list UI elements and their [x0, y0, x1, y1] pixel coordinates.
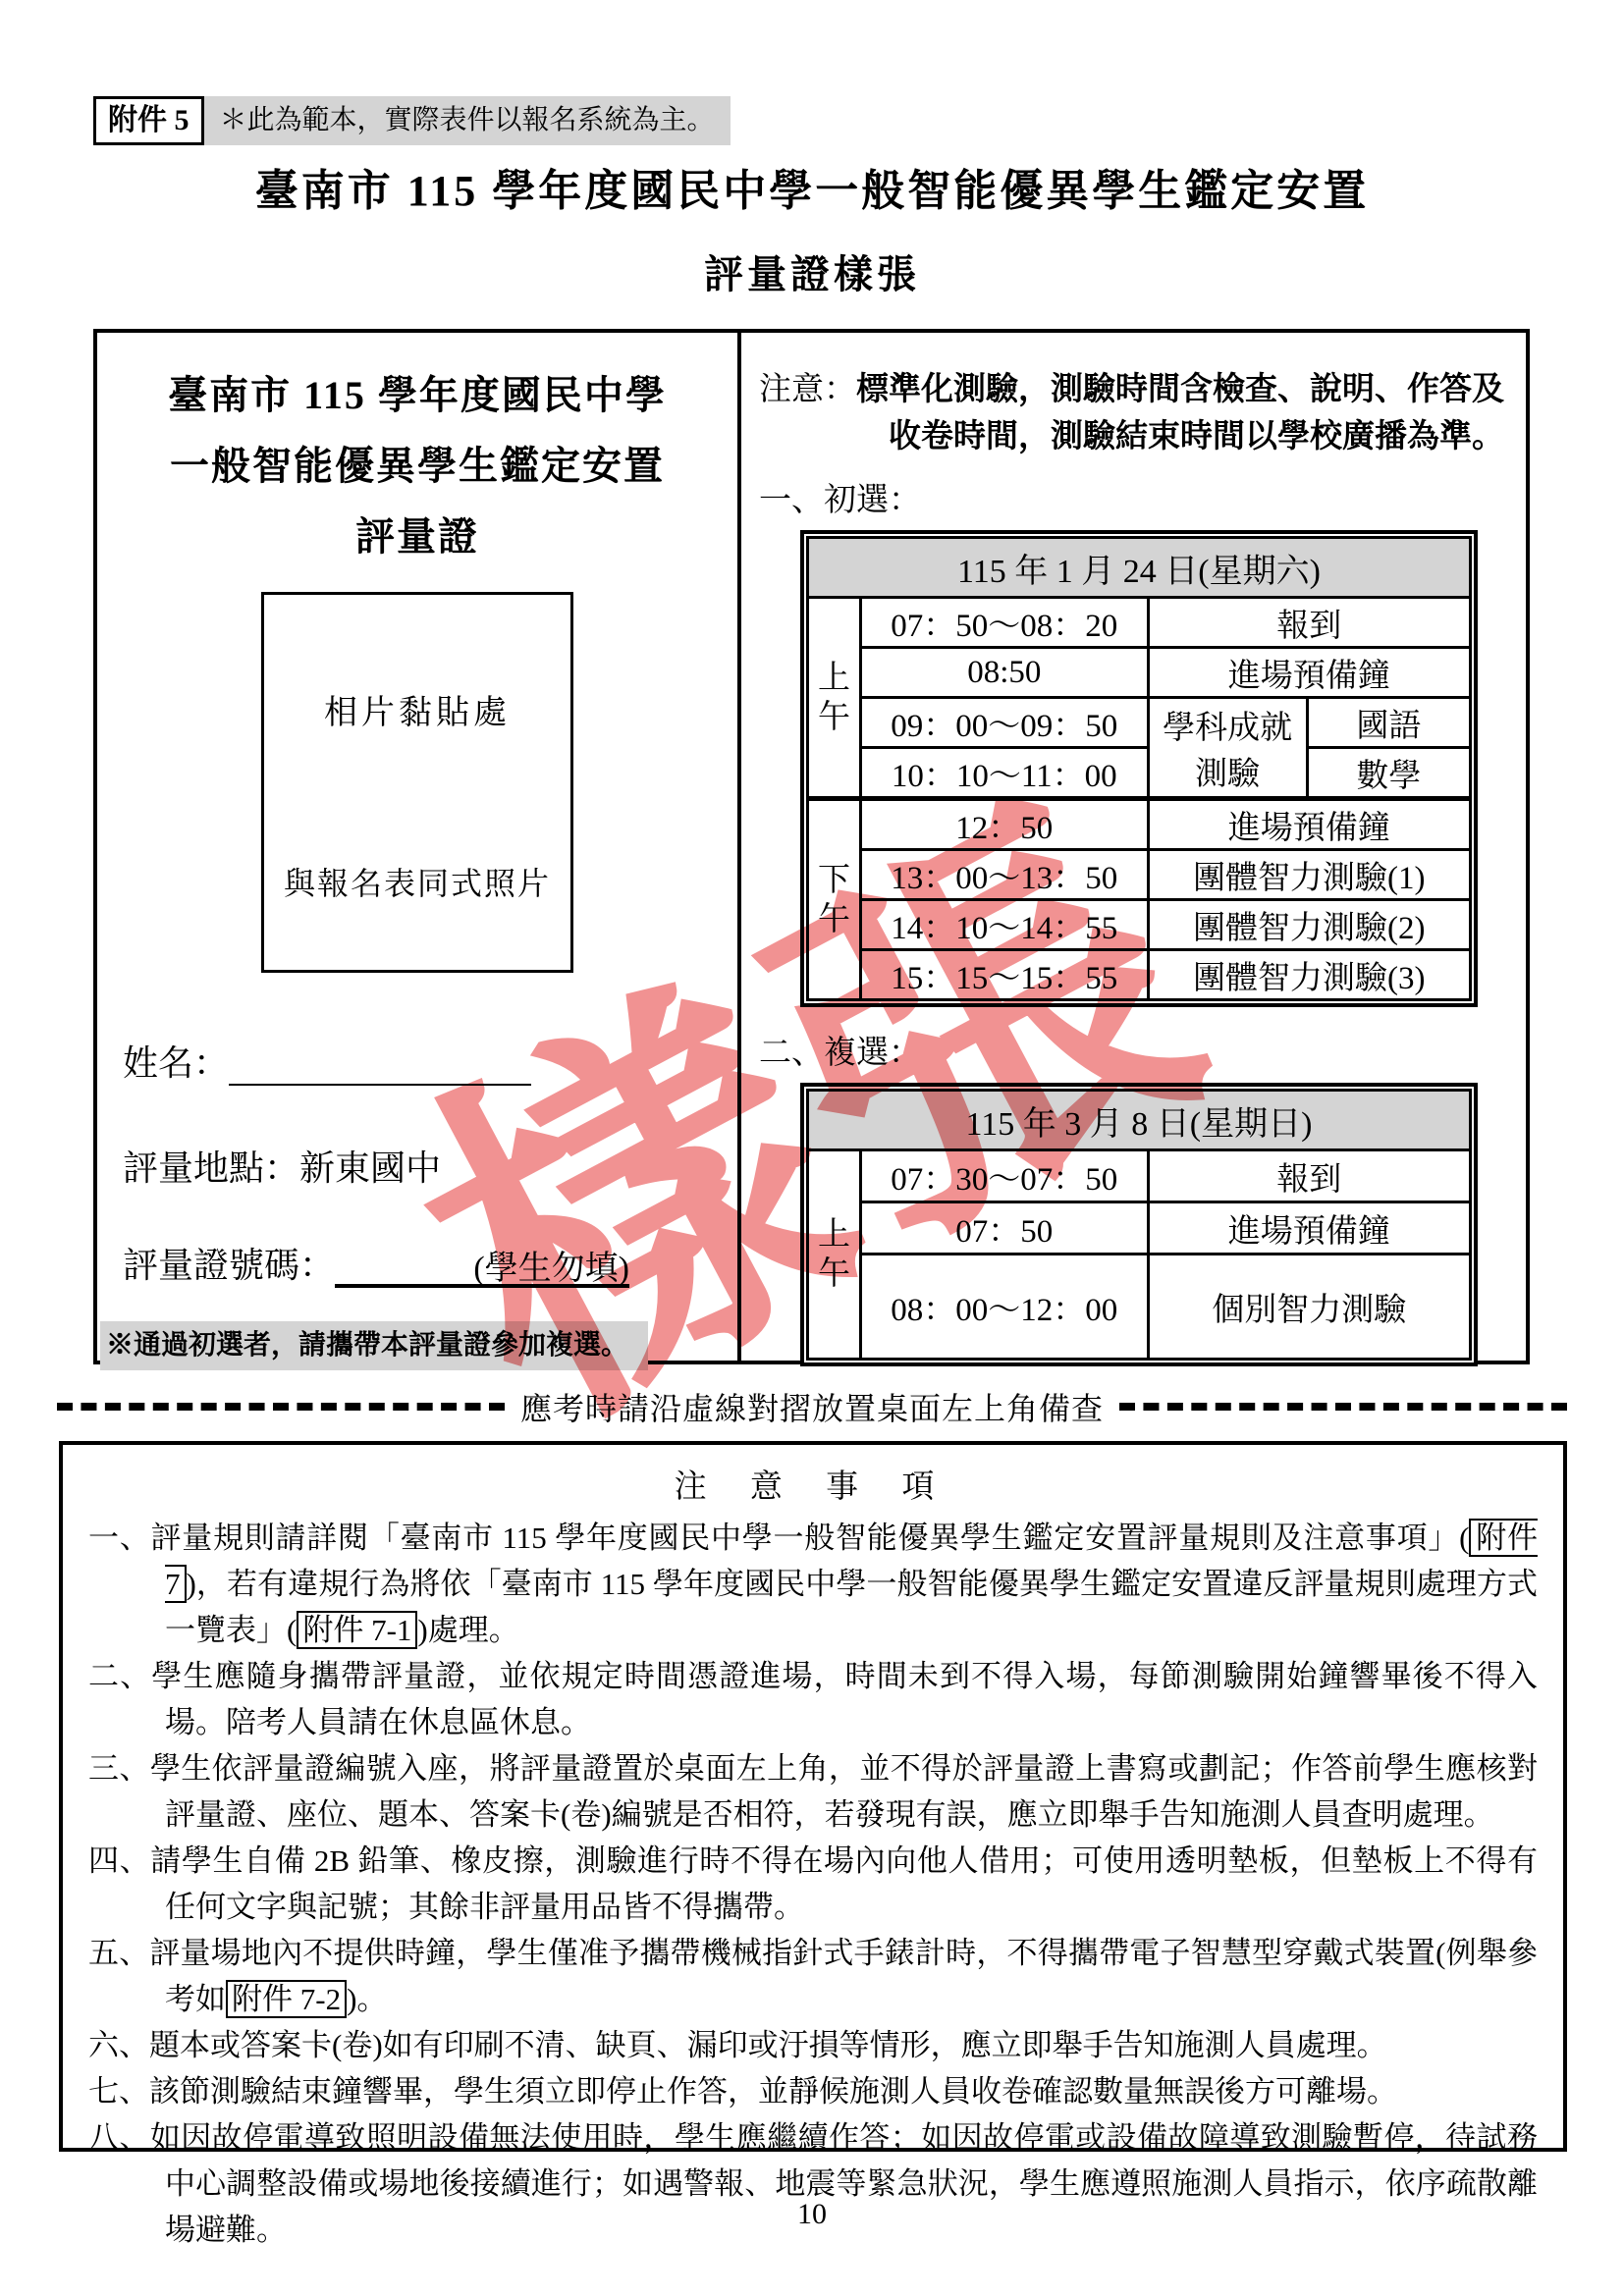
card-left-column: 臺南市 115 學年度國民中學 一般智能優異學生鑑定安置 評量證 相片黏貼處 與… [97, 333, 741, 1361]
note-item-2: 二、學生應隨身攜帶評量證，並依規定時間憑證進場，時間未到不得入場，每節測驗開始鐘… [88, 1653, 1538, 1745]
table2-activity-cell: 個別智力測驗 [1148, 1255, 1471, 1360]
page-number: 10 [0, 2198, 1624, 2231]
fold-instruction-text: 應考時請沿虛線對摺放置桌面左上角備查 [505, 1384, 1119, 1429]
table2-time-cell: 07：50 [861, 1202, 1148, 1255]
pass-reminder-strip: ※通過初選者，請攜帶本評量證參加複選。 [100, 1321, 648, 1370]
note-item-7: 七、該節測驗結束鐘響畢，學生須立即停止作答，並靜候施測人員收卷確認數量無誤後方可… [88, 2068, 1538, 2114]
photo-paste-label: 相片黏貼處 [264, 685, 570, 733]
attachment-label: 附件 5 [93, 96, 204, 145]
table2-morning-label: 上午 [808, 1150, 861, 1360]
section-label-first-round: 一、初選： [759, 474, 1504, 520]
table1-afternoon-label: 下午 [808, 799, 861, 1000]
location-label: 評量地點：新東國中 [123, 1148, 441, 1188]
first-round-schedule-table: 115 年 1 月 24 日(星期六) 上午 07：50～08：20 報到 08… [800, 530, 1478, 1007]
dashed-line-left [57, 1403, 505, 1411]
card-right-column: 注意：標準化測驗，測驗時間含檢查、說明、作答及 收卷時間，測驗結束時間以學校廣播… [741, 333, 1526, 1361]
table1-time-cell: 07：50～08：20 [861, 598, 1148, 648]
table1-time-cell: 09：00～09：50 [861, 698, 1148, 748]
note-item-3: 三、學生依評量證編號入座，將評量證置於桌面左上角，並不得於評量證上書寫或劃記；作… [88, 1745, 1538, 1838]
table2-activity-cell: 報到 [1148, 1150, 1471, 1202]
card-title-line3: 評量證 [123, 502, 712, 572]
table-row: 07：50 進場預備鐘 [808, 1202, 1471, 1255]
note-item-8: 八、如因故停電導致照明設備無法使用時，學生應繼續作答；如因故停電或設備故障導致測… [88, 2114, 1538, 2253]
table1-activity-cell: 報到 [1148, 598, 1471, 648]
attachment-7-2-ref: 附件 7-2 [226, 1980, 347, 2018]
table1-activity-cell: 團體智力測驗(2) [1148, 900, 1471, 950]
table2-date-header: 115 年 3 月 8 日(星期日) [808, 1091, 1471, 1150]
cert-number-blank-line: (學生勿填) [335, 1241, 629, 1288]
table1-activity-cell: 團體智力測驗(3) [1148, 950, 1471, 1000]
table1-activity-cell: 進場預備鐘 [1148, 648, 1471, 698]
table1-time-cell: 13：00～13：50 [861, 850, 1148, 900]
table1-date-header: 115 年 1 月 24 日(星期六) [808, 538, 1471, 598]
table-row: 上午 07：30～07：50 報到 [808, 1150, 1471, 1202]
card-title-line1: 臺南市 115 學年度國民中學 [123, 360, 712, 431]
name-label: 姓名： [123, 1036, 229, 1086]
note-item-1: 一、評量規則請詳閱「臺南市 115 學年度國民中學一般智能優異學生鑑定安置評量規… [88, 1515, 1538, 1653]
section-label-second-round: 二、複選： [759, 1027, 1504, 1073]
name-field-row: 姓名： [123, 1036, 712, 1086]
table-row: 14：10～14：55 團體智力測驗(2) [808, 900, 1471, 950]
card-title-line2: 一般智能優異學生鑑定安置 [123, 431, 712, 502]
note-item-5: 五、評量場地內不提供時鐘，學生僅准予攜帶機械指針式手錶計時，不得攜帶電子智慧型穿… [88, 1930, 1538, 2022]
table-row: 下午 12：50 進場預備鐘 [808, 799, 1471, 850]
table1-time-cell: 14：10～14：55 [861, 900, 1148, 950]
name-blank-line [229, 1042, 531, 1086]
notice-line2: 收卷時間，測驗結束時間以學校廣播為準。 [759, 413, 1504, 460]
notice-line1: 注意：標準化測驗，測驗時間含檢查、說明、作答及 [759, 366, 1504, 413]
attachment-7-1-ref: 附件 7-1 [297, 1611, 417, 1649]
table1-morning-label: 上午 [808, 598, 861, 799]
cert-number-field-row: 評量證號碼： (學生勿填) [123, 1238, 712, 1288]
table1-subject-cell: 國語 [1307, 698, 1470, 748]
table-row: 09：00～09：50 學科成就測驗 國語 [808, 698, 1471, 748]
table-row: 08：00～12：00 個別智力測驗 [808, 1255, 1471, 1360]
photo-paste-box: 相片黏貼處 與報名表同式照片 [261, 592, 573, 973]
attachment-header: 附件 5 ＊此為範本，實際表件以報名系統為主。 [93, 96, 731, 145]
table1-activity-cell: 學科成就測驗 [1148, 698, 1307, 799]
assessment-card: 臺南市 115 學年度國民中學 一般智能優異學生鑑定安置 評量證 相片黏貼處 與… [93, 329, 1530, 1364]
table1-time-cell: 15：15～15：55 [861, 950, 1148, 1000]
attachment-note: ＊此為範本，實際表件以報名系統為主。 [204, 96, 731, 145]
table2-time-cell: 08：00～12：00 [861, 1255, 1148, 1360]
table1-activity-cell: 進場預備鐘 [1148, 799, 1471, 850]
table-row: 08:50 進場預備鐘 [808, 648, 1471, 698]
table-row: 10：10～11：00 數學 [808, 748, 1471, 799]
note-item-6: 六、題本或答案卡(卷)如有印刷不清、缺頁、漏印或汙損等情形，應立即舉手告知施測人… [88, 2022, 1538, 2068]
table-row: 上午 07：50～08：20 報到 [808, 598, 1471, 648]
photo-style-note: 與報名表同式照片 [264, 859, 570, 904]
table1-time-cell: 12：50 [861, 799, 1148, 850]
table-row: 13：00～13：50 團體智力測驗(1) [808, 850, 1471, 900]
document-page: 附件 5 ＊此為範本，實際表件以報名系統為主。 臺南市 115 學年度國民中學一… [0, 0, 1624, 2296]
table1-time-cell: 08:50 [861, 648, 1148, 698]
note-item-4: 四、請學生自備 2B 鉛筆、橡皮擦，測驗進行時不得在場內向他人借用；可使用透明墊… [88, 1838, 1538, 1930]
notes-title: 注 意 事 項 [88, 1461, 1538, 1507]
table-row: 15：15～15：55 團體智力測驗(3) [808, 950, 1471, 1000]
table2-time-cell: 07：30～07：50 [861, 1150, 1148, 1202]
cert-number-label: 評量證號碼： [123, 1238, 335, 1288]
table1-subject-cell: 數學 [1307, 748, 1470, 799]
notes-box: 注 意 事 項 一、評量規則請詳閱「臺南市 115 學年度國民中學一般智能優異學… [59, 1441, 1567, 2152]
document-title: 臺南市 115 學年度國民中學一般智能優異學生鑑定安置 [0, 155, 1624, 218]
document-subtitle: 評量證樣張 [0, 243, 1624, 299]
fold-instruction-line: 應考時請沿虛線對摺放置桌面左上角備查 [57, 1384, 1567, 1429]
table2-activity-cell: 進場預備鐘 [1148, 1202, 1471, 1255]
second-round-schedule-table: 115 年 3 月 8 日(星期日) 上午 07：30～07：50 報到 07：… [800, 1083, 1478, 1366]
cert-number-note: (學生勿填) [473, 1251, 629, 1287]
table1-time-cell: 10：10～11：00 [861, 748, 1148, 799]
location-field-row: 評量地點：新東國中 [123, 1141, 712, 1191]
table1-activity-cell: 團體智力測驗(1) [1148, 850, 1471, 900]
standardized-test-notice: 注意：標準化測驗，測驗時間含檢查、說明、作答及 收卷時間，測驗結束時間以學校廣播… [759, 366, 1504, 460]
dashed-line-right [1119, 1403, 1567, 1411]
